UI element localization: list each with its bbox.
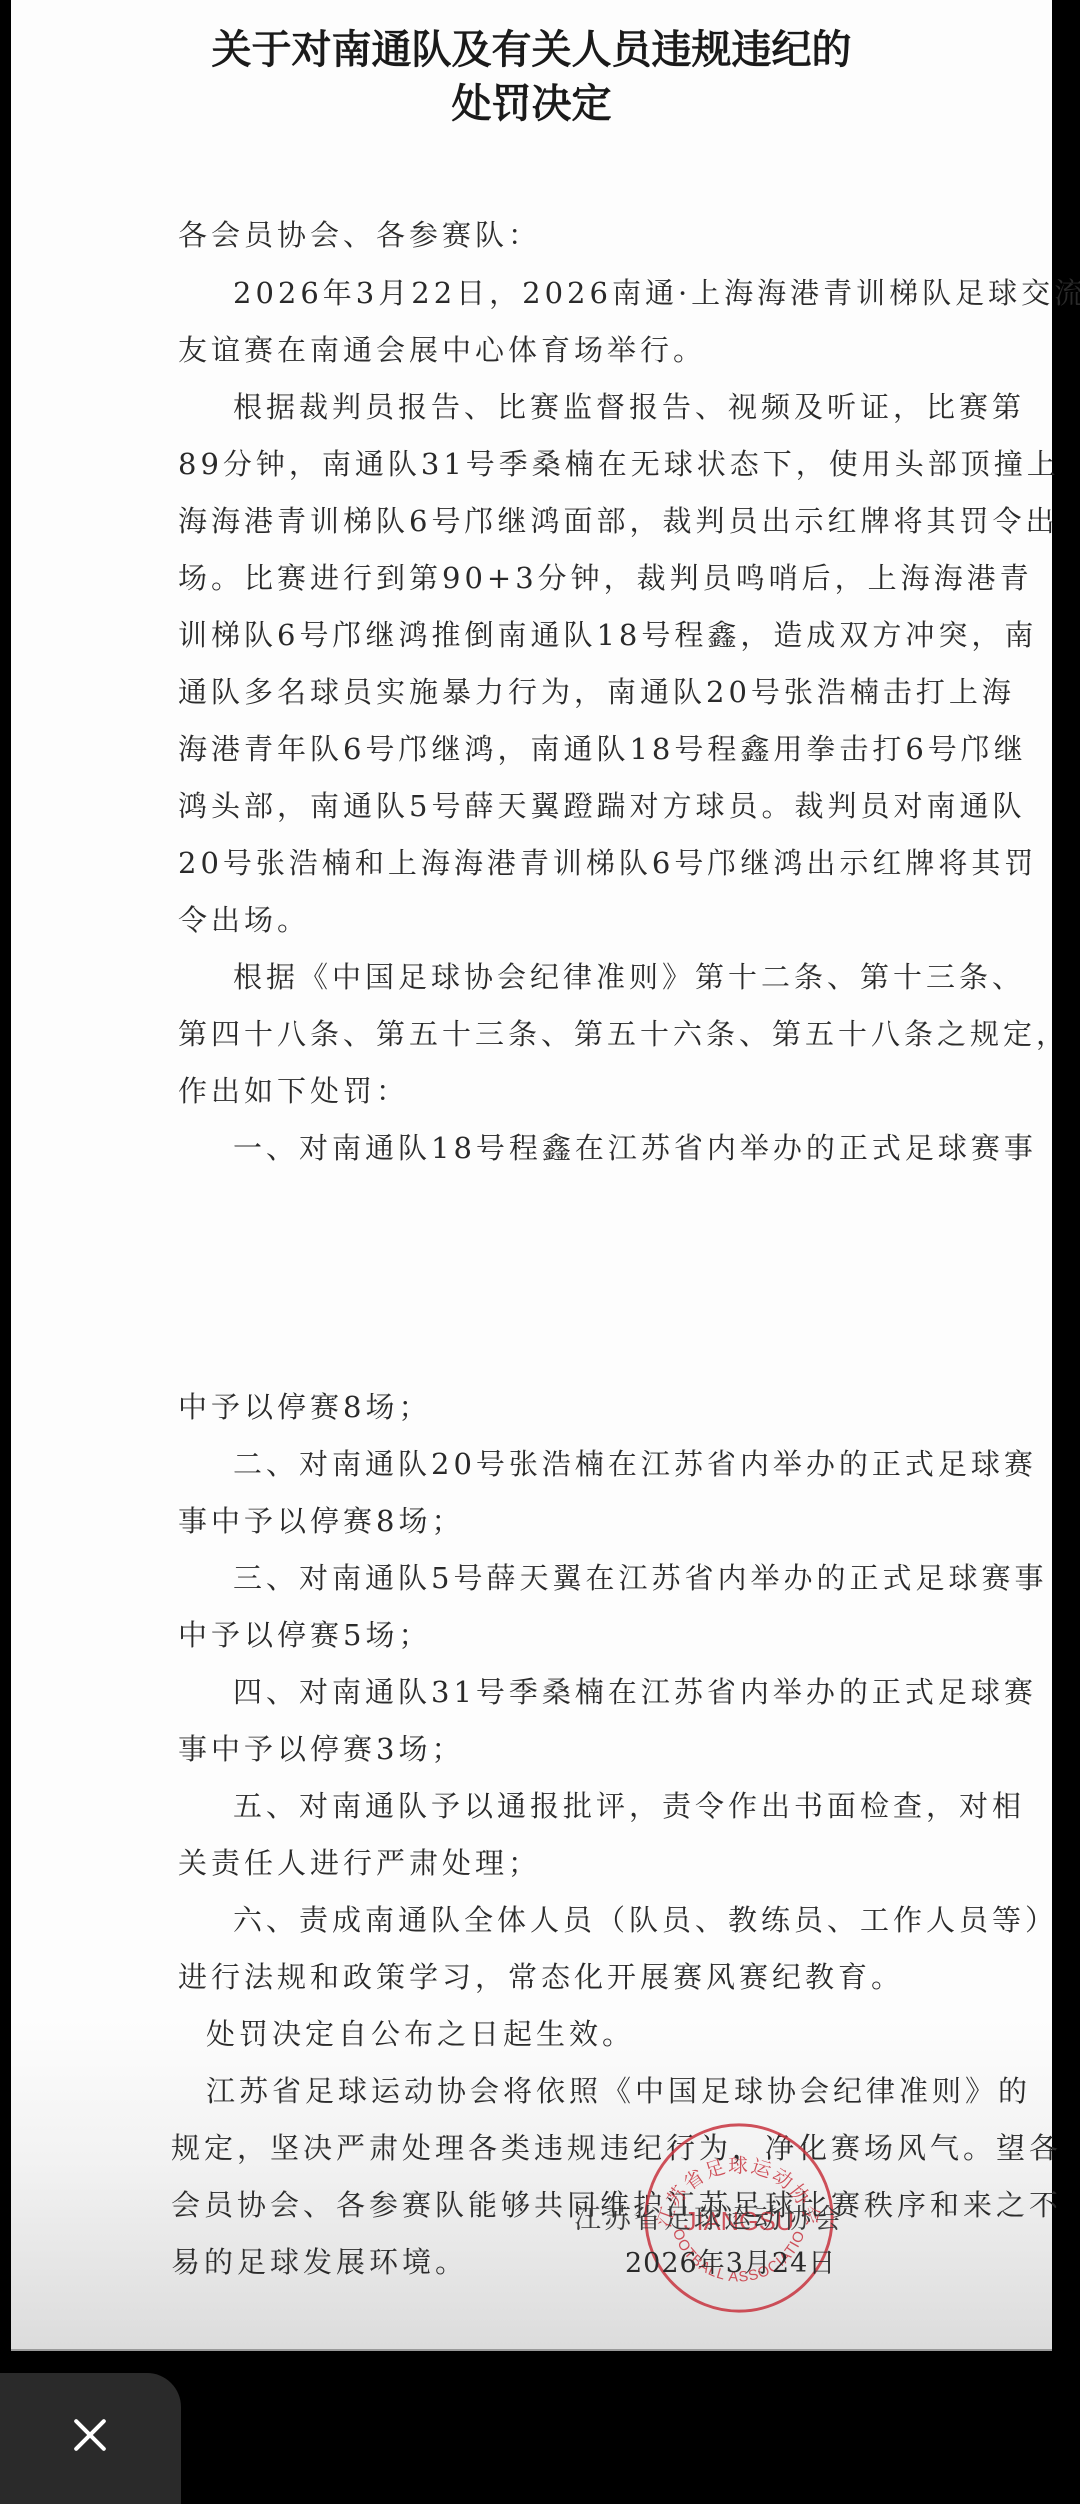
- body-line: 令出场。: [178, 903, 310, 937]
- penalty-item-1: 一、对南通队18号程鑫在江苏省内举办的正式足球赛事: [233, 1131, 1037, 1165]
- document-title-line-1: 关于对南通队及有关人员违规违纪的: [11, 18, 1052, 75]
- body-line: 场。比赛进行到第90+3分钟，裁判员鸣哨后，上海海港青: [178, 561, 1033, 595]
- body-line: 作出如下处罚：: [178, 1074, 409, 1108]
- body-line: 海海港青训梯队6号邝继鸿面部，裁判员出示红牌将其罚令出: [178, 504, 1058, 538]
- penalty-item-4-cont: 事中予以停赛3场；: [178, 1732, 464, 1766]
- body-line: 鸿头部，南通队5号薛天翼蹬踹对方球员。裁判员对南通队: [178, 789, 1025, 823]
- salutation: 各会员协会、各参赛队：: [178, 218, 541, 252]
- body-line: 2026年3月22日，2026南通·上海海港青训梯队足球交流: [233, 276, 1080, 310]
- penalty-item-4: 四、对南通队31号季桑楠在江苏省内举办的正式足球赛: [233, 1675, 1037, 1709]
- signature-date: 2026年3月24日: [625, 2241, 836, 2280]
- penalty-item-3-cont: 中予以停赛5场；: [178, 1618, 431, 1652]
- penalty-item-2-cont: 事中予以停赛8场；: [178, 1504, 464, 1538]
- penalty-item-3: 三、对南通队5号薛天翼在江苏省内举办的正式足球赛事: [233, 1561, 1047, 1595]
- document-page: 关于对南通队及有关人员违规违纪的 处罚决定 各会员协会、各参赛队： 2026年3…: [11, 0, 1052, 2351]
- body-line: 根据裁判员报告、比赛监督报告、视频及听证，比赛第: [233, 390, 1025, 424]
- penalty-item-1-cont: 中予以停赛8场；: [178, 1390, 431, 1424]
- close-icon: [67, 2412, 113, 2458]
- body-line: 89分钟，南通队31号季桑楠在无球状态下，使用头部顶撞上: [178, 447, 1060, 481]
- effective-statement: 处罚决定自公布之日起生效。: [206, 2017, 635, 2051]
- penalty-item-6: 六、责成南通队全体人员（队员、教练员、工作人员等）: [233, 1903, 1058, 1937]
- body-line: 通队多名球员实施暴力行为，南通队20号张浩楠击打上海: [178, 675, 1015, 709]
- body-line: 海港青年队6号邝继鸿，南通队18号程鑫用拳击打6号邝继: [178, 732, 1027, 766]
- body-line: 友谊赛在南通会展中心体育场举行。: [178, 333, 706, 367]
- closing-line: 规定，坚决严肃处理各类违规违纪行为，净化赛场风气。望各: [171, 2131, 1062, 2165]
- body-line: 第四十八条、第五十三条、第五十六条、第五十八条之规定，: [178, 1017, 1069, 1051]
- signature-organization: 江苏省足球运动协会: [574, 2197, 844, 2236]
- document-title-line-2: 处罚决定: [11, 72, 1052, 129]
- body-line: 20号张浩楠和上海海港青训梯队6号邝继鸿出示红牌将其罚: [178, 846, 1037, 880]
- penalty-item-5-cont: 关责任人进行严肃处理；: [178, 1846, 541, 1880]
- close-button[interactable]: [0, 2373, 181, 2504]
- closing-line: 江苏省足球运动协会将依照《中国足球协会纪律准则》的: [206, 2074, 1031, 2108]
- body-line: 训梯队6号邝继鸿推倒南通队18号程鑫，造成双方冲突，南: [178, 618, 1037, 652]
- penalty-item-2: 二、对南通队20号张浩楠在江苏省内举办的正式足球赛: [233, 1447, 1037, 1481]
- penalty-item-5: 五、对南通队予以通报批评，责令作出书面检查，对相: [233, 1789, 1025, 1823]
- penalty-item-6-cont: 进行法规和政策学习，常态化开展赛风赛纪教育。: [178, 1960, 904, 1994]
- closing-line: 易的足球发展环境。: [171, 2245, 468, 2279]
- body-line: 根据《中国足球协会纪律准则》第十二条、第十三条、: [233, 960, 1025, 994]
